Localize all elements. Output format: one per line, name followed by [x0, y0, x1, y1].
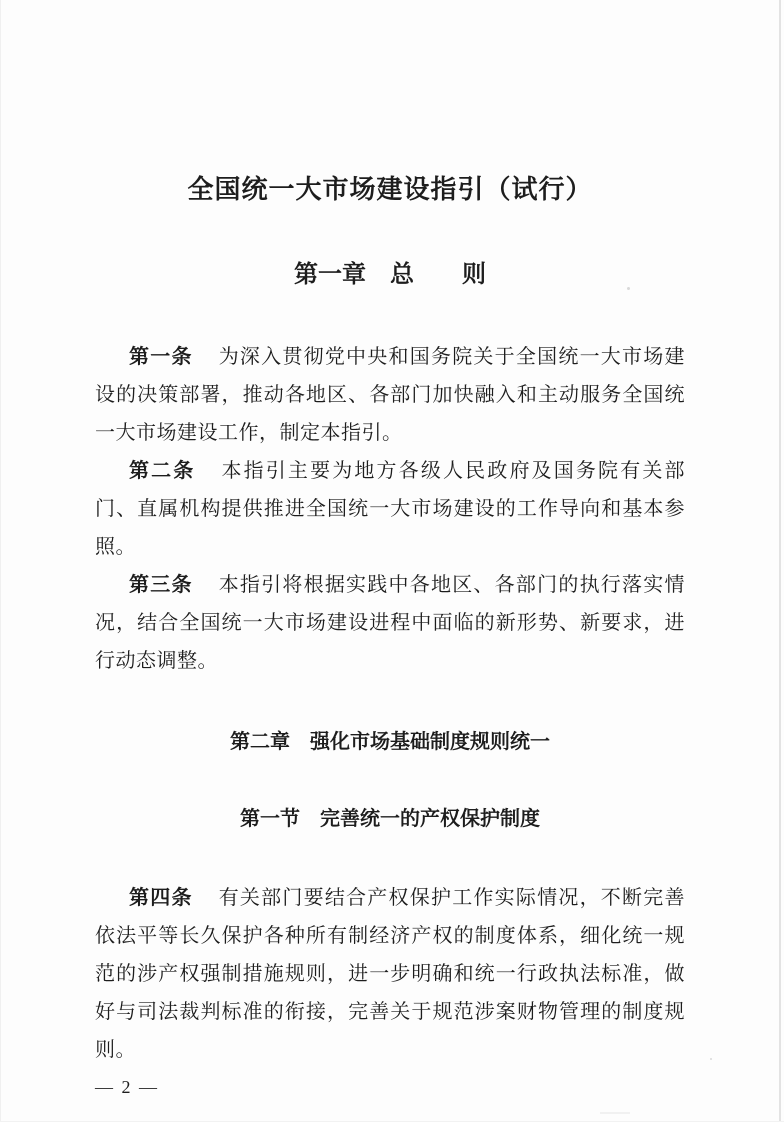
scan-edge-left [0, 0, 1, 1122]
scan-speck [627, 287, 630, 290]
article-3-paragraph: 第三条本指引将根据实践中各地区、各部门的执行落实情况，结合全国统一大市场建设进程… [95, 566, 685, 680]
article-3-label: 第三条 [129, 574, 193, 596]
article-2-paragraph: 第二条本指引主要为地方各级人民政府及国务院有关部门、直属机构提供推进全国统一大市… [95, 452, 685, 566]
chapter-2-body: 第四条有关部门要结合产权保护工作实际情况，不断完善依法平等长久保护各种所有制经济… [95, 879, 685, 1069]
article-2-label: 第二条 [129, 460, 195, 482]
article-4-text: 有关部门要结合产权保护工作实际情况，不断完善依法平等长久保护各种所有制经济产权的… [95, 887, 685, 1061]
article-4-label: 第四条 [129, 887, 193, 909]
section-1-heading: 第一节 完善统一的产权保护制度 [95, 805, 685, 833]
page-number: — 2 — [95, 1075, 685, 1099]
article-1-label: 第一条 [129, 346, 193, 368]
document-title: 全国统一大市场建设指引（试行） [95, 172, 685, 206]
chapter-2-heading: 第二章 强化市场基础制度规则统一 [95, 728, 685, 756]
article-4-paragraph: 第四条有关部门要结合产权保护工作实际情况，不断完善依法平等长久保护各种所有制经济… [95, 879, 685, 1069]
chapter-1-heading: 第一章 总 则 [95, 259, 685, 291]
scan-edge-right [779, 0, 781, 1122]
chapter-1-body: 第一条为深入贯彻党中央和国务院关于全国统一大市场建设的决策部署，推动各地区、各部… [95, 338, 685, 680]
scan-smudge [600, 1112, 630, 1114]
scan-speck [710, 1058, 712, 1060]
article-1-paragraph: 第一条为深入贯彻党中央和国务院关于全国统一大市场建设的决策部署，推动各地区、各部… [95, 338, 685, 452]
document-page: 全国统一大市场建设指引（试行） 第一章 总 则 第一条为深入贯彻党中央和国务院关… [0, 0, 784, 1122]
